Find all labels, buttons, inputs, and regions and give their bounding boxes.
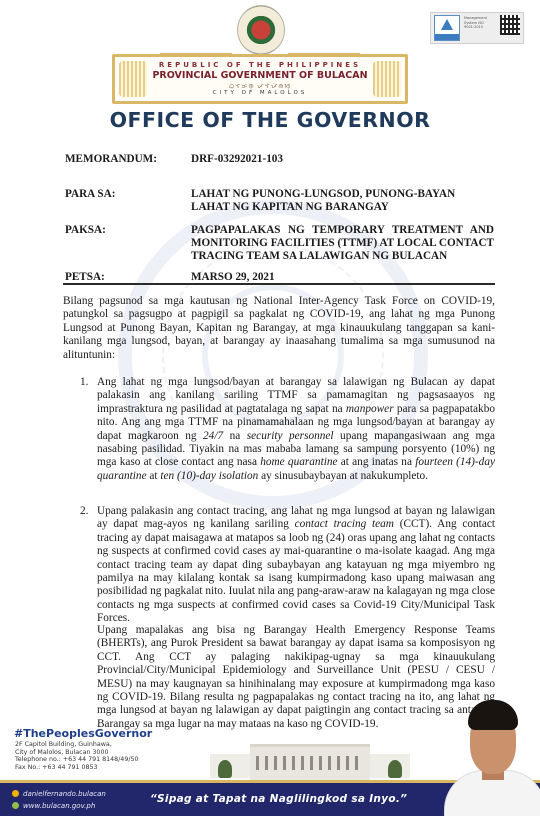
letterhead-banner: REPUBLIC OF THE PHILIPPINES PROVINCIAL G… [112, 54, 408, 104]
province-text: PROVINCIAL GOVERNMENT OF BULACAN [115, 70, 405, 81]
address-line-2: City of Malolos, Bulacan 3000 [15, 749, 138, 757]
tuv-logo-icon [434, 15, 460, 41]
fax-number: Fax No.: +63 44 791 0853 [15, 764, 138, 772]
iso-certification-badge: Management System ISO 9001:2015 [430, 12, 524, 44]
office-title: OFFICE OF THE GOVERNOR [0, 108, 540, 132]
hashtag-text: #ThePeoplesGovernor [14, 727, 152, 740]
office-address: 2F Capitol Building, Guinhawa, City of M… [15, 741, 138, 771]
facebook-link[interactable]: danielfernando.bulacan [12, 790, 106, 798]
facebook-handle: danielfernando.bulacan [23, 790, 106, 798]
paksa-line-1: PAGPAPALAKAS NG TEMPORARY TREATMENT AND [191, 224, 494, 237]
governor-portrait [440, 700, 540, 816]
tree-icon [218, 760, 232, 778]
bulacan-seal-logo [237, 5, 285, 55]
capitol-building-image [210, 734, 410, 780]
item-2-paragraph: Upang palakasin ang contact tracing, ang… [97, 505, 495, 626]
item-1-paragraph: Ang lahat ng mga lungsod/bayan at barang… [97, 376, 495, 483]
certification-text: Management System ISO 9001:2015 [464, 16, 492, 30]
tree-icon [388, 760, 402, 778]
address-line-1: 2F Capitol Building, Guinhawa, [15, 741, 138, 749]
para-sa-label: PARA SA: [65, 188, 115, 200]
para-sa-line-2: LAHAT NG KAPITAN NG BARANGAY [191, 201, 494, 214]
memorandum-number: DRF-03292021-103 [191, 153, 494, 166]
intro-paragraph: Bilang pagsunod sa mga kautusan ng Natio… [63, 295, 495, 362]
baybayin-script: ᜊᜓᜎᜃᜈ᜔ ᜉᜎᜒᜉᜒᜈᜐ᜔ [115, 82, 405, 90]
item-2-number: 2. [80, 505, 88, 517]
building-windows [256, 756, 364, 770]
globe-icon [12, 802, 19, 809]
facebook-icon [12, 790, 19, 797]
item-1-number: 1. [80, 376, 88, 388]
paksa-label: PAKSA: [65, 224, 106, 236]
page-bottom-margin [0, 816, 540, 826]
item-2-second-paragraph: Upang mapalakas ang bisa ng Barangay Hea… [97, 624, 495, 731]
republic-text: REPUBLIC OF THE PHILIPPINES [115, 61, 405, 69]
city-text: CITY OF MALOLOS [115, 90, 405, 96]
telephone-number: Telephone no.: +63 44 791 8148/49/50 [15, 756, 138, 764]
slogan-text: “Sipag at Tapat na Naglilingkod sa Inyo.… [150, 793, 407, 805]
paksa-line-3: TRACING TEAM SA LALAWIGAN NG BULACAN [191, 250, 494, 263]
petsa-label: PETSA: [65, 271, 105, 283]
para-sa-line-1: LAHAT NG PUNONG-LUNGSOD, PUNONG-BAYAN [191, 188, 494, 201]
memorandum-label: MEMORANDUM: [65, 153, 157, 165]
qr-code-icon [500, 15, 520, 35]
website-url: www.bulacan.gov.ph [23, 802, 95, 810]
header-divider [63, 283, 495, 285]
website-link[interactable]: www.bulacan.gov.ph [12, 802, 95, 810]
paksa-line-2: MONITORING FACILITIES (TTMF) AT LOCAL CO… [191, 237, 494, 250]
portrait-hair [468, 700, 518, 730]
